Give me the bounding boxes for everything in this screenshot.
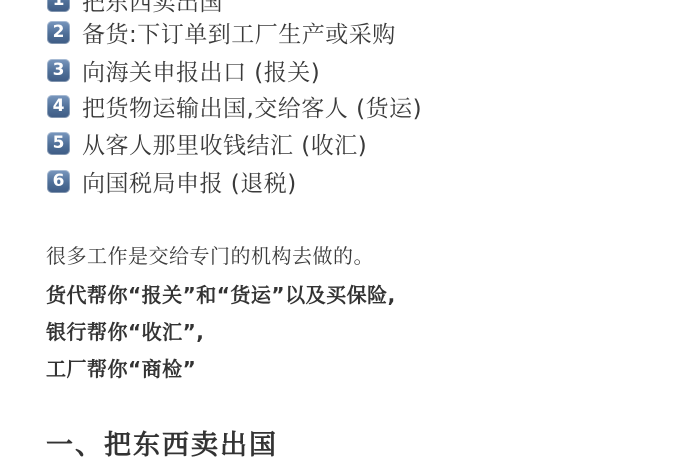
number-3-badge-icon: 3 <box>47 59 70 82</box>
step-text: 向国税局申报 (退税) <box>82 165 297 198</box>
section-heading: 一、把东西卖出国 <box>46 423 278 462</box>
step-text: 把东西卖出国 <box>82 0 223 17</box>
step-item-5: 5 从客人那里收钱结汇 (收汇) <box>47 130 367 156</box>
factory-paragraph: 工厂帮你“商检” <box>46 353 196 382</box>
forwarder-paragraph: 货代帮你“报关”和“货运”以及买保险, <box>46 279 396 308</box>
number-2-badge-icon: 2 <box>47 21 70 44</box>
step-item-2: 2 备货:下订单到工厂生产或采购 <box>47 19 396 45</box>
step-item-4: 4 把货物运输出国,交给客人 (货运) <box>47 93 422 119</box>
number-5-badge-icon: 5 <box>47 132 70 155</box>
step-text: 备货:下订单到工厂生产或采购 <box>82 16 396 49</box>
step-item-3: 3 向海关申报出口 (报关) <box>47 57 320 83</box>
step-text: 从客人那里收钱结汇 (收汇) <box>82 127 367 160</box>
step-item-6: 6 向国税局申报 (退税) <box>47 168 297 194</box>
step-text: 把货物运输出国,交给客人 (货运) <box>82 90 422 123</box>
number-6-badge-icon: 6 <box>47 170 70 193</box>
bank-paragraph: 银行帮你“收汇”, <box>46 316 204 345</box>
number-4-badge-icon: 4 <box>47 95 70 118</box>
number-1-badge-icon: 1 <box>47 0 70 12</box>
step-item-1: 1 把东西卖出国 <box>47 0 223 13</box>
step-text: 向海关申报出口 (报关) <box>82 54 320 87</box>
intro-paragraph: 很多工作是交给专门的机构去做的。 <box>46 240 374 269</box>
